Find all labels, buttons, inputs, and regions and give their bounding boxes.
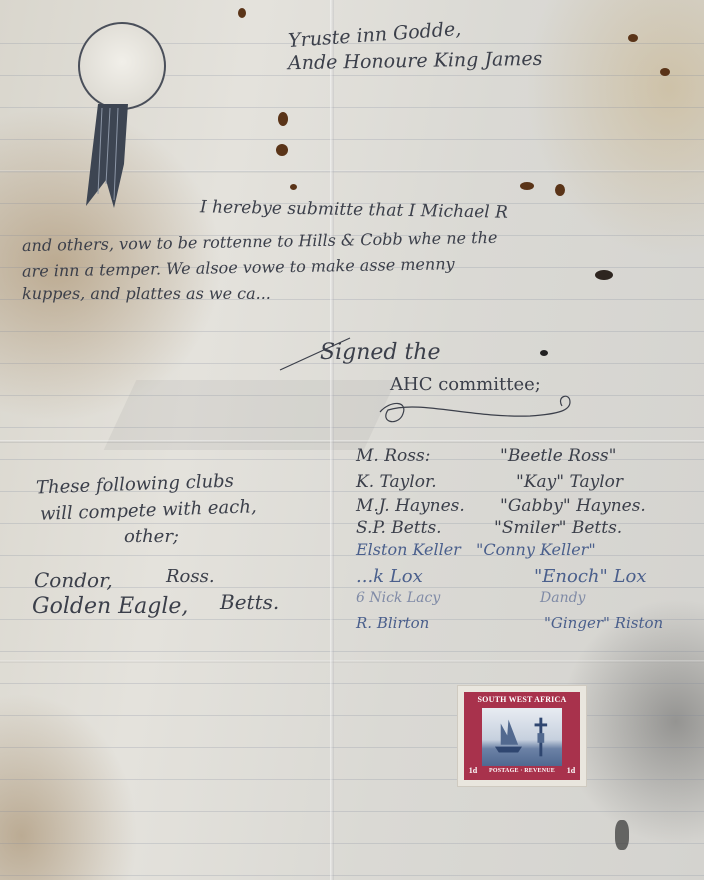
stain: [278, 112, 288, 126]
fold-crease-horizontal: [0, 660, 704, 663]
postage-stamp: SOUTH WEST AFRICA 1d 1d POSTAGE · REVENU…: [458, 686, 586, 786]
member-name: M.J. Haynes.: [356, 496, 465, 516]
member-nickname: "Smiler" Betts.: [494, 518, 622, 538]
stamp-caption: POSTAGE · REVENUE: [484, 768, 560, 778]
stain: [238, 8, 246, 18]
stain: [520, 182, 534, 190]
member-nickname: "Kay" Taylor: [516, 472, 623, 492]
fold-crease-horizontal: [0, 440, 704, 443]
member-nickname: "Conny Keller": [476, 540, 596, 559]
member-nickname: "Enoch" Lox: [534, 566, 646, 587]
stamp-country: SOUTH WEST AFRICA: [468, 695, 576, 707]
club-captain: Betts.: [220, 590, 279, 614]
member-name: R. Blirton: [356, 614, 429, 632]
fold-crease-vertical: [330, 0, 334, 880]
header-line-2: Ande Honoure King James: [288, 48, 543, 74]
mold-spot: [615, 820, 629, 850]
member-name: M. Ross:: [356, 446, 430, 466]
member-nickname: "Beetle Ross": [500, 446, 616, 466]
stamp-value: 1d: [564, 766, 578, 778]
member-nickname: "Ginger" Riston: [544, 614, 663, 632]
stain: [595, 270, 613, 280]
member-name: 6 Nick Lacy: [356, 590, 440, 606]
club-name: Golden Eagle,: [32, 594, 188, 619]
stamp-value: 1d: [466, 766, 480, 778]
wax-seal-icon: [78, 22, 166, 110]
body-line-4: kuppes, and plattes as we ca...: [22, 284, 271, 303]
club-name: Condor,: [34, 568, 113, 592]
stain: [290, 184, 297, 190]
stain: [628, 34, 638, 42]
seal-ribbon-icon: [84, 104, 134, 210]
ship-and-cross-icon: [482, 708, 562, 766]
letter-paper: Yruste inn Godde, Ande Honoure King Jame…: [0, 0, 704, 880]
member-nickname: "Gabby" Haynes.: [500, 496, 646, 516]
member-name: S.P. Betts.: [356, 518, 442, 538]
club-captain: Ross.: [166, 566, 215, 587]
member-nickname: Dandy: [540, 590, 585, 606]
member-name: Elston Keller: [356, 540, 461, 559]
clubs-intro-3: other;: [124, 526, 179, 547]
stain: [555, 184, 565, 196]
flourish-icon: [270, 330, 610, 430]
stain: [276, 144, 288, 156]
member-name: ...k Lox: [356, 566, 423, 587]
stain: [660, 68, 670, 76]
member-name: K. Taylor.: [356, 472, 437, 492]
